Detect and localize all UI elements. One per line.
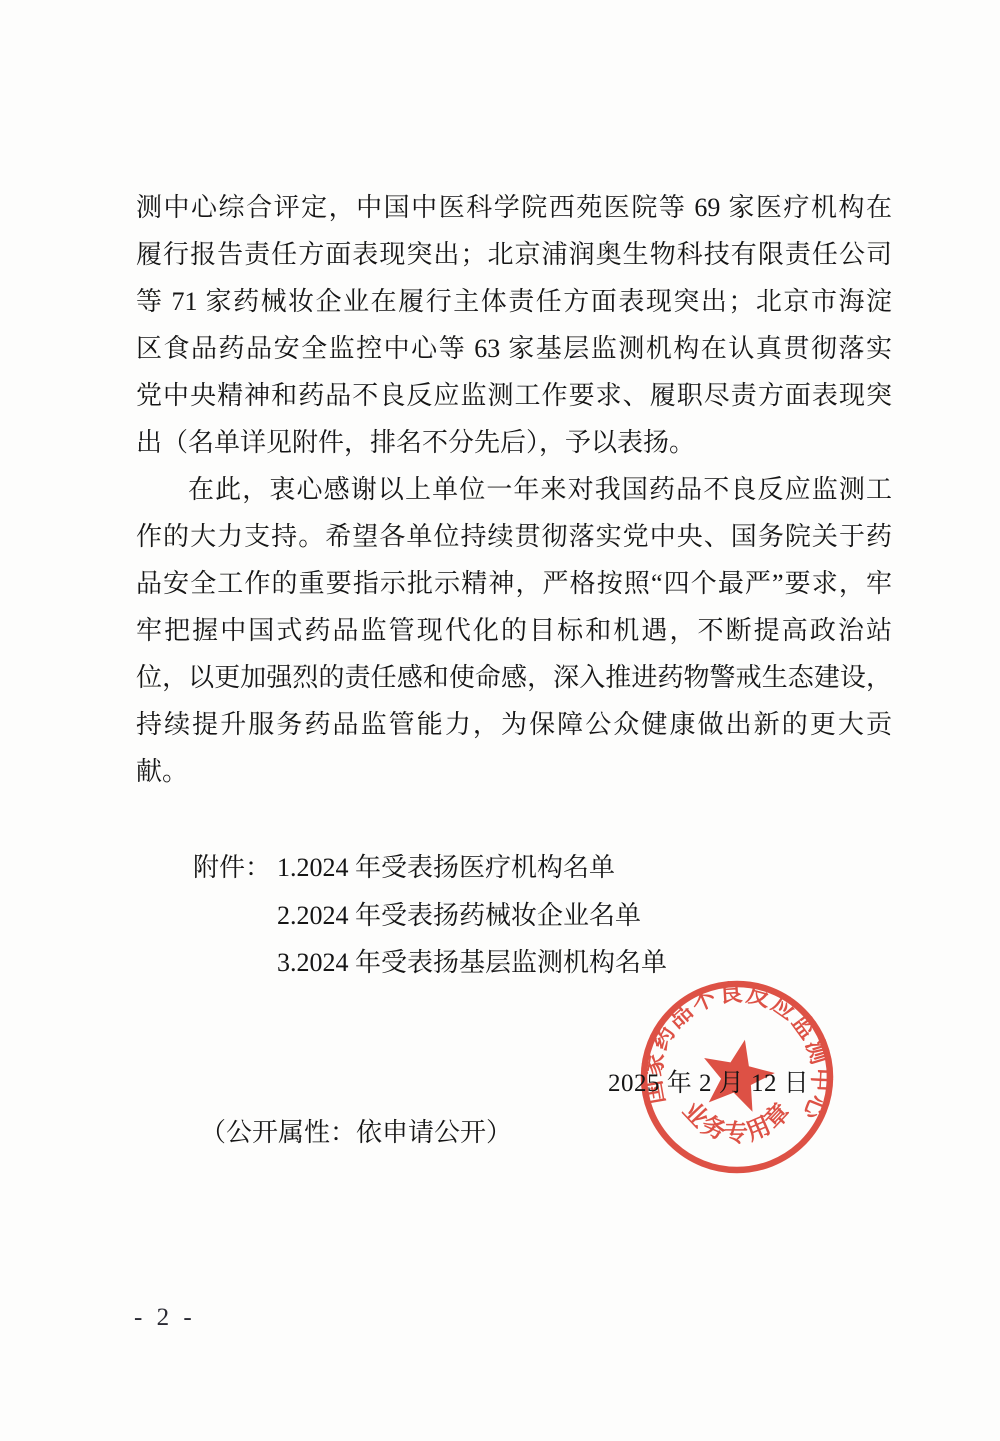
date-text: 2025 年 2 月 12 日 (608, 1068, 809, 1100)
body-line: 出（名单详见附件，排名不分先后），予以表扬。 (136, 419, 892, 466)
publicity-note: （公开属性：依申请公开） (200, 1117, 512, 1149)
attachment-line: 附件：1.2024 年受表扬医疗机构名单 (193, 844, 813, 892)
attachment-list: 附件：1.2024 年受表扬医疗机构名单 2.2024 年受表扬药械妆企业名单 … (193, 844, 813, 987)
body-line: 党中央精神和药品不良反应监测工作要求、履职尽责方面表现突 (136, 372, 892, 419)
body-line: 持续提升服务药品监管能力，为保障公众健康做出新的更大贡 (136, 701, 892, 748)
body-line: 牢把握中国式药品监管现代化的目标和机遇，不断提高政治站 (136, 607, 892, 654)
body-line: 等 71 家药械妆企业在履行主体责任方面表现突出；北京市海淀 (136, 278, 892, 325)
body-line: 履行报告责任方面表现突出；北京浦润奥生物科技有限责任公司 (136, 231, 892, 278)
body-line: 位，以更加强烈的责任感和使命感，深入推进药物警戒生态建设， (136, 654, 892, 701)
document-page: 测中心综合评定，中国中医科学院西苑医院等 69 家医疗机构在 履行报告责任方面表… (0, 0, 1000, 1441)
attachment-item: 3.2024 年受表扬基层监测机构名单 (193, 939, 667, 987)
attachment-label: 附件： (193, 844, 277, 892)
body-line: 献。 (136, 748, 892, 795)
body-paragraphs: 测中心综合评定，中国中医科学院西苑医院等 69 家医疗机构在 履行报告责任方面表… (136, 184, 892, 795)
page-number: - 2 - (134, 1303, 196, 1333)
seal-bottom-text: 业务专用章 (677, 1096, 797, 1147)
body-line: 品安全工作的重要指示批示精神，严格按照“四个最严”要求，牢 (136, 560, 892, 607)
attachment-item: 2.2024 年受表扬药械妆企业名单 (193, 892, 641, 940)
body-line: 在此，衷心感谢以上单位一年来对我国药品不良反应监测工 (136, 466, 892, 513)
attachment-item: 1.2024 年受表扬医疗机构名单 (277, 853, 615, 882)
body-line: 测中心综合评定，中国中医科学院西苑医院等 69 家医疗机构在 (136, 184, 892, 231)
body-line: 作的大力支持。希望各单位持续贯彻落实党中央、国务院关于药 (136, 513, 892, 560)
attachment-line: 2.2024 年受表扬药械妆企业名单 (193, 892, 813, 940)
seal-top-text: 国家药品不良反应监测中心 (637, 977, 837, 1126)
body-line: 区食品药品安全监控中心等 63 家基层监测机构在认真贯彻落实 (136, 325, 892, 372)
